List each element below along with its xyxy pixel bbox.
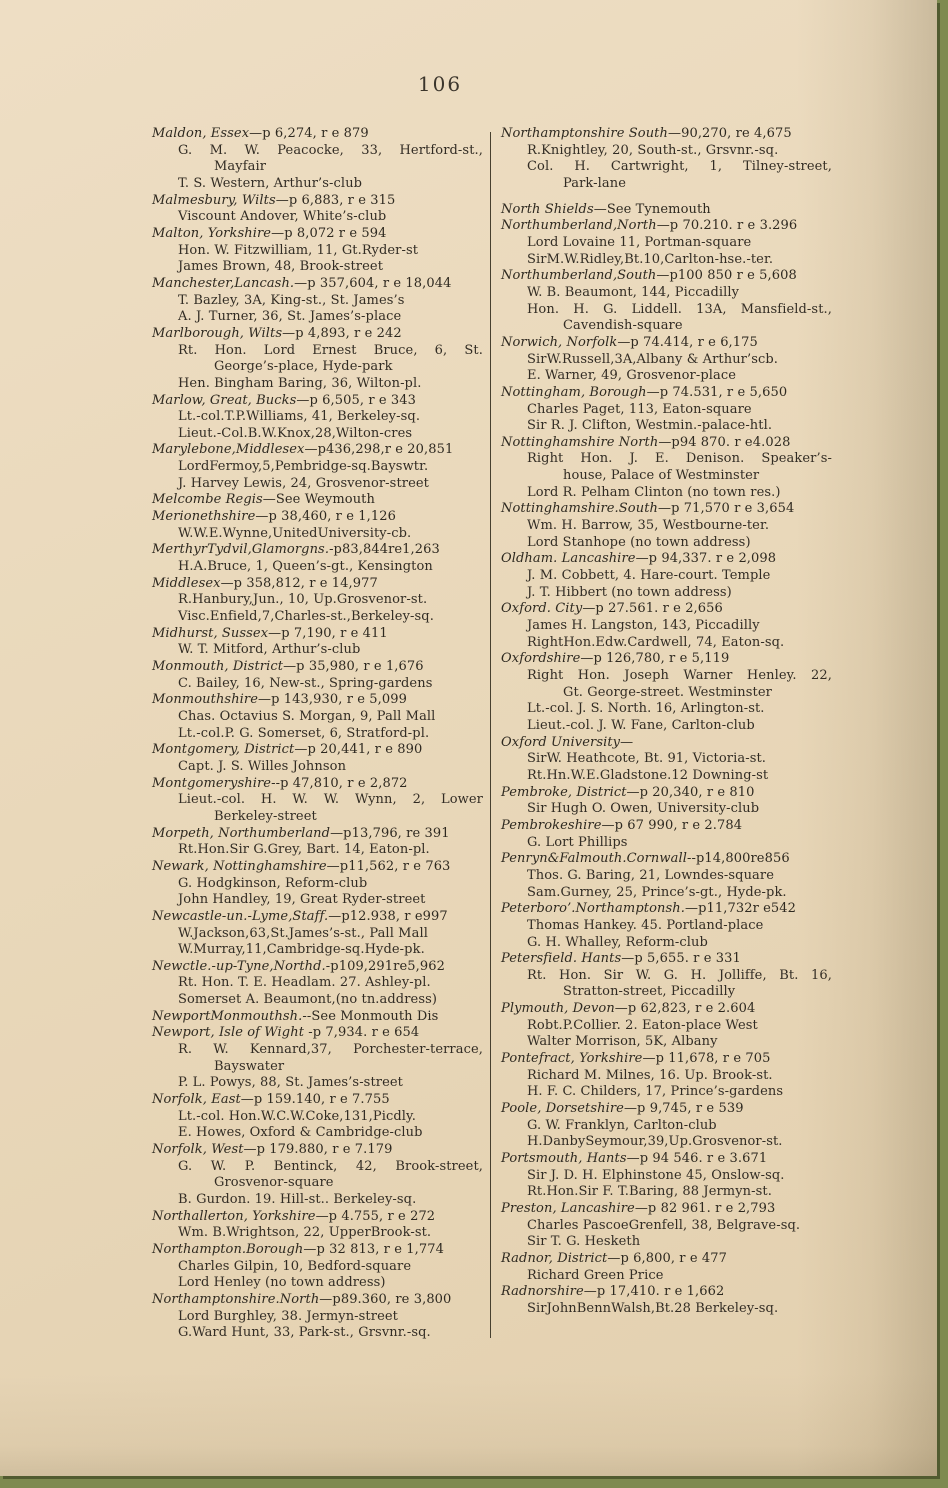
constituency-name: Monmouthshire [152, 692, 258, 707]
constituency-stats: —p 4,893, r e 242 [282, 326, 402, 341]
constituency-heading: Nottingham, Borough—p 74.531, r e 5,650 [501, 385, 832, 402]
constituency-heading: Plymouth, Devon—p 62,823, r e 2.604 [501, 1001, 832, 1018]
member-line: Park-lane [501, 176, 832, 193]
constituency-name: Pontefract, Yorkshire [501, 1051, 642, 1066]
member-line: Rt. Hon. Sir W. G. H. Jolliffe, Bt. 16, [501, 968, 832, 985]
member-line: G. M. W. Peacocke, 33, Hertford-st., [152, 143, 483, 160]
constituency-entry: Northumberland,South—p100 850 r e 5,608 … [501, 268, 832, 335]
constituency-name: Melcombe Regis [152, 492, 263, 507]
constituency-stats: --p 47,810, r e 2,872 [271, 776, 407, 791]
member-line: G. Hodgkinson, Reform-club [152, 876, 483, 893]
constituency-name: Montgomeryshire [152, 776, 271, 791]
constituency-stats: —p 38,460, r e 1,126 [255, 509, 396, 524]
constituency-heading: Northumberland,South—p100 850 r e 5,608 [501, 268, 832, 285]
constituency-stats: —p 94,337. r e 2,098 [636, 551, 777, 566]
member-line: Viscount Andover, White’s-club [152, 209, 483, 226]
constituency-name: Marlow, Great, Bucks [152, 393, 296, 408]
member-line: Berkeley-street [152, 809, 483, 826]
constituency-entry: Marlborough, Wilts—p 4,893, r e 242 Rt. … [152, 326, 483, 393]
constituency-stats: —p 159.140, r e 7.755 [241, 1092, 390, 1107]
constituency-heading: Northallerton, Yorkshire—p 4.755, r e 27… [152, 1209, 483, 1226]
directory-content: Maldon, Essex—p 6,274, r e 879 G. M. W. … [152, 126, 832, 1342]
constituency-entry: Norfolk, West—p 179.880, r e 7.179 G. W.… [152, 1142, 483, 1209]
member-line: H.DanbySeymour,39,Up.Grosvenor-st. [501, 1134, 832, 1151]
constituency-entry: Merionethshire—p 38,460, r e 1,126 W.W.E… [152, 509, 483, 542]
constituency-name: Newctle.-up-Tyne,Northd. [152, 959, 326, 974]
member-line: Rt.Hon.Sir F. T.Baring, 88 Jermyn-st. [501, 1184, 832, 1201]
member-line: Lord Burghley, 38. Jermyn-street [152, 1309, 483, 1326]
constituency-name: Oxford University [501, 735, 620, 750]
constituency-stats: -p 7,934. r e 654 [304, 1025, 419, 1040]
constituency-heading: Midhurst, Sussex—p 7,190, r e 411 [152, 626, 483, 643]
constituency-entry: Oxford University— SirW. Heathcote, Bt. … [501, 735, 832, 785]
constituency-name: Nottinghamshire North [501, 435, 658, 450]
constituency-stats: —p94 870. r e4.028 [658, 435, 790, 450]
constituency-stats: —p 17,410. r e 1,662 [584, 1284, 725, 1299]
constituency-entry: Newark, Nottinghamshire—p11,562, r e 763… [152, 859, 483, 909]
constituency-entry: Marylebone,Middlesex—p436,298,r e 20,851… [152, 442, 483, 492]
member-line: W.Murray,11,Cambridge-sq.Hyde-pk. [152, 942, 483, 959]
constituency-heading: Merionethshire—p 38,460, r e 1,126 [152, 509, 483, 526]
member-line: Lieut.-Col.B.W.Knox,28,Wilton-cres [152, 426, 483, 443]
constituency-heading: Northamptonshire.North—p89.360, re 3,800 [152, 1292, 483, 1309]
constituency-stats: —p 32 813, r e 1,774 [303, 1242, 444, 1257]
member-line: Thos. G. Baring, 21, Lowndes-square [501, 868, 832, 885]
member-line: E. Howes, Oxford & Cambridge-club [152, 1125, 483, 1142]
member-line: Lt.-col.T.P.Williams, 41, Berkeley-sq. [152, 409, 483, 426]
member-line: Gt. George-street. Westminster [501, 685, 832, 702]
constituency-entry: Nottinghamshire North—p94 870. r e4.028 … [501, 435, 832, 502]
constituency-name: NewportMonmouthsh. [152, 1009, 302, 1024]
constituency-entry: Pontefract, Yorkshire—p 11,678, r e 705 … [501, 1051, 832, 1101]
member-line: Lt.-col. J. S. North. 16, Arlington-st. [501, 701, 832, 718]
constituency-entry: Plymouth, Devon—p 62,823, r e 2.604 Robt… [501, 1001, 832, 1051]
constituency-name: Newark, Nottinghamshire [152, 859, 327, 874]
constituency-stats: —90,270, re 4,675 [668, 126, 792, 141]
constituency-name: Marylebone,Middlesex [152, 442, 304, 457]
constituency-stats: —p 82 961. r e 2,793 [635, 1201, 776, 1216]
constituency-entry: Northamptonshire.North—p89.360, re 3,800… [152, 1292, 483, 1342]
constituency-entry: Melcombe Regis—See Weymouth [152, 492, 483, 509]
member-line: Lord Lovaine 11, Portman-square [501, 235, 832, 252]
constituency-entry: Radnorshire—p 17,410. r e 1,662 SirJohnB… [501, 1284, 832, 1317]
constituency-entry: Pembrokeshire—p 67 990, r e 2.784 G. Lor… [501, 818, 832, 851]
constituency-stats: —p 6,883, r e 315 [276, 193, 396, 208]
constituency-name: Manchester,Lancash. [152, 276, 294, 291]
constituency-entry: Newport, Isle of Wight -p 7,934. r e 654… [152, 1025, 483, 1092]
member-line: Robt.P.Collier. 2. Eaton-place West [501, 1018, 832, 1035]
book-page: 106 Maldon, Essex—p 6,274, r e 879 G. M.… [0, 0, 937, 1476]
constituency-entry: Monmouth, District—p 35,980, r e 1,676 C… [152, 659, 483, 692]
member-line: G. W. P. Bentinck, 42, Brook-street, [152, 1159, 483, 1176]
constituency-name: Preston, Lancashire [501, 1201, 635, 1216]
member-line: Richard M. Milnes, 16. Up. Brook-st. [501, 1068, 832, 1085]
constituency-stats: —p12.938, r e997 [328, 909, 448, 924]
member-line: George’s-place, Hyde-park [152, 359, 483, 376]
constituency-heading: Maldon, Essex—p 6,274, r e 879 [152, 126, 483, 143]
constituency-heading: Montgomery, District—p 20,441, r e 890 [152, 742, 483, 759]
member-line: James H. Langston, 143, Piccadilly [501, 618, 832, 635]
constituency-name: Northumberland,North [501, 218, 657, 233]
constituency-heading: Oxford. City—p 27.561. r e 2,656 [501, 601, 832, 618]
constituency-stats: — [620, 735, 633, 750]
member-line: Lt.-col.P. G. Somerset, 6, Stratford-pl. [152, 726, 483, 743]
constituency-name: Norfolk, West [152, 1142, 244, 1157]
constituency-name: Radnorshire [501, 1284, 584, 1299]
constituency-heading: Norwich, Norfolk—p 74.414, r e 6,175 [501, 335, 832, 352]
member-line: Sam.Gurney, 25, Prince’s-gt., Hyde-pk. [501, 885, 832, 902]
member-line: Richard Green Price [501, 1268, 832, 1285]
constituency-stats: —p 4.755, r e 272 [316, 1209, 436, 1224]
member-line: Wm. B.Wrightson, 22, UpperBrook-st. [152, 1225, 483, 1242]
member-line: Lieut.-col. J. W. Fane, Carlton-club [501, 718, 832, 735]
member-line: E. Warner, 49, Grosvenor-place [501, 368, 832, 385]
constituency-stats: —p 74.414, r e 6,175 [617, 335, 758, 350]
constituency-stats: —p 6,505, r e 343 [296, 393, 416, 408]
constituency-name: Montgomery, District [152, 742, 294, 757]
member-line: James Brown, 48, Brook-street [152, 259, 483, 276]
constituency-entry: Monmouthshire—p 143,930, r e 5,099 Chas.… [152, 692, 483, 742]
constituency-name: Northamptonshire.North [152, 1292, 319, 1307]
constituency-heading: Marlborough, Wilts—p 4,893, r e 242 [152, 326, 483, 343]
constituency-entry: Nottingham, Borough—p 74.531, r e 5,650 … [501, 385, 832, 435]
constituency-entry: Marlow, Great, Bucks—p 6,505, r e 343 Lt… [152, 393, 483, 443]
constituency-stats: —p 11,678, r e 705 [642, 1051, 770, 1066]
constituency-name: Merionethshire [152, 509, 255, 524]
constituency-entry: Pembroke, District—p 20,340, r e 810 Sir… [501, 785, 832, 818]
constituency-entry: Middlesex—p 358,812, r e 14,977 R.Hanbur… [152, 576, 483, 626]
constituency-name: Monmouth, District [152, 659, 283, 674]
constituency-name: Marlborough, Wilts [152, 326, 282, 341]
constituency-heading: Pembrokeshire—p 67 990, r e 2.784 [501, 818, 832, 835]
constituency-heading: Nottinghamshire.South—p 71,570 r e 3,654 [501, 501, 832, 518]
constituency-entry: Preston, Lancashire—p 82 961. r e 2,793 … [501, 1201, 832, 1251]
member-line: Rt. Hon. Lord Ernest Bruce, 6, St. [152, 343, 483, 360]
constituency-heading: NewportMonmouthsh.--See Monmouth Dis [152, 1009, 483, 1026]
constituency-entry: Malmesbury, Wilts—p 6,883, r e 315 Visco… [152, 193, 483, 226]
constituency-name: Poole, Dorsetshire [501, 1101, 624, 1116]
constituency-heading: Preston, Lancashire—p 82 961. r e 2,793 [501, 1201, 832, 1218]
constituency-stats: —p89.360, re 3,800 [319, 1292, 451, 1307]
constituency-name: Oldham. Lancashire [501, 551, 636, 566]
constituency-name: Newport, Isle of Wight [152, 1025, 304, 1040]
constituency-name: Midhurst, Sussex [152, 626, 268, 641]
constituency-entry: Peterboro’.Northamptonsh.—p11,732r e542 … [501, 901, 832, 951]
member-line: Right Hon. Joseph Warner Henley. 22, [501, 668, 832, 685]
member-line: Col. H. Cartwright, 1, Tilney-street, [501, 159, 832, 176]
member-line: Charles PascoeGrenfell, 38, Belgrave-sq. [501, 1218, 832, 1235]
constituency-stats: —p 35,980, r e 1,676 [283, 659, 424, 674]
constituency-name: Peterboro’.Northamptonsh. [501, 901, 685, 916]
constituency-name: Radnor, District [501, 1251, 607, 1266]
constituency-name: Oxford. City [501, 601, 582, 616]
member-line: RightHon.Edw.Cardwell, 74, Eaton-sq. [501, 635, 832, 652]
constituency-heading: Oxfordshire—p 126,780, r e 5,119 [501, 651, 832, 668]
member-line: Capt. J. S. Willes Johnson [152, 759, 483, 776]
constituency-heading: Peterboro’.Northamptonsh.—p11,732r e542 [501, 901, 832, 918]
member-line: Hen. Bingham Baring, 36, Wilton-pl. [152, 376, 483, 393]
constituency-stats: —See Tynemouth [594, 202, 711, 217]
member-line: house, Palace of Westminster [501, 468, 832, 485]
member-line: Rt. Hon. T. E. Headlam. 27. Ashley-pl. [152, 975, 483, 992]
member-line: J. Harvey Lewis, 24, Grosvenor-street [152, 476, 483, 493]
constituency-stats: —p 126,780, r e 5,119 [580, 651, 729, 666]
constituency-heading: Monmouthshire—p 143,930, r e 5,099 [152, 692, 483, 709]
constituency-name: Newcastle-un.-Lyme,Staff. [152, 909, 328, 924]
constituency-heading: Norfolk, West—p 179.880, r e 7.179 [152, 1142, 483, 1159]
constituency-entry: Poole, Dorsetshire—p 9,745, r e 539 G. W… [501, 1101, 832, 1151]
constituency-entry: Oxford. City—p 27.561. r e 2,656 James H… [501, 601, 832, 651]
constituency-stats: —p 62,823, r e 2.604 [615, 1001, 756, 1016]
constituency-heading: Radnor, District—p 6,800, r e 477 [501, 1251, 832, 1268]
constituency-stats: —p 8,072 r e 594 [271, 226, 386, 241]
constituency-stats: —p 143,930, r e 5,099 [258, 692, 407, 707]
constituency-stats: —See Weymouth [263, 492, 375, 507]
constituency-stats: —p 357,604, r e 18,044 [294, 276, 451, 291]
member-line: SirW.Russell,3A,Albany & Arthur’scb. [501, 352, 832, 369]
member-line: Sir R. J. Clifton, Westmin.-palace-htl. [501, 418, 832, 435]
member-line: Walter Morrison, 5K, Albany [501, 1034, 832, 1051]
member-line: LordFermoy,5,Pembridge-sq.Bayswtr. [152, 459, 483, 476]
member-line: Rt.Hn.W.E.Gladstone.12 Downing-st [501, 768, 832, 785]
constituency-entry: Northampton.Borough—p 32 813, r e 1,774 … [152, 1242, 483, 1292]
constituency-heading: Melcombe Regis—See Weymouth [152, 492, 483, 509]
member-line: Hon. H. G. Liddell. 13A, Mansfield-st., [501, 302, 832, 319]
member-line: G.Ward Hunt, 33, Park-st., Grsvnr.-sq. [152, 1325, 483, 1342]
constituency-heading: Poole, Dorsetshire—p 9,745, r e 539 [501, 1101, 832, 1118]
constituency-heading: Newctle.-up-Tyne,Northd.-p109,291re5,962 [152, 959, 483, 976]
constituency-entry: Norfolk, East—p 159.140, r e 7.755 Lt.-c… [152, 1092, 483, 1142]
constituency-stats: --See Monmouth Dis [302, 1009, 438, 1024]
constituency-stats: --p14,800re856 [687, 851, 790, 866]
constituency-entry: Newctle.-up-Tyne,Northd.-p109,291re5,962… [152, 959, 483, 1009]
constituency-entry: Newcastle-un.-Lyme,Staff.—p12.938, r e99… [152, 909, 483, 959]
constituency-entry: Petersfield. Hants—p 5,655. r e 331 Rt. … [501, 951, 832, 1001]
constituency-name: Portsmouth, Hants [501, 1151, 627, 1166]
constituency-stats: —p 9,745, r e 539 [624, 1101, 744, 1116]
member-line: Right Hon. J. E. Denison. Speaker’s- [501, 451, 832, 468]
member-line: Hon. W. Fitzwilliam, 11, Gt.Ryder-st [152, 243, 483, 260]
constituency-entry: Oxfordshire—p 126,780, r e 5,119 Right H… [501, 651, 832, 734]
constituency-stats: —p13,796, re 391 [330, 826, 450, 841]
constituency-stats: —p 74.531, r e 5,650 [647, 385, 788, 400]
constituency-stats: —p 358,812, r e 14,977 [221, 576, 378, 591]
constituency-heading: Monmouth, District—p 35,980, r e 1,676 [152, 659, 483, 676]
constituency-name: Maldon, Essex [152, 126, 249, 141]
constituency-entry: Northamptonshire South—90,270, re 4,675 … [501, 126, 832, 193]
constituency-stats: —p100 850 r e 5,608 [656, 268, 797, 283]
constituency-name: Morpeth, Northumberland [152, 826, 330, 841]
constituency-name: Petersfield. Hants [501, 951, 621, 966]
constituency-heading: Middlesex—p 358,812, r e 14,977 [152, 576, 483, 593]
constituency-heading: Radnorshire—p 17,410. r e 1,662 [501, 1284, 832, 1301]
constituency-entry: Manchester,Lancash.—p 357,604, r e 18,04… [152, 276, 483, 326]
constituency-stats: —p11,562, r e 763 [327, 859, 451, 874]
member-line: Bayswater [152, 1059, 483, 1076]
member-line: B. Gurdon. 19. Hill-st.. Berkeley-sq. [152, 1192, 483, 1209]
constituency-heading: Petersfield. Hants—p 5,655. r e 331 [501, 951, 832, 968]
constituency-entry: North Shields—See Tynemouth [501, 202, 832, 219]
constituency-heading: Portsmouth, Hants—p 94 546. r e 3.671 [501, 1151, 832, 1168]
constituency-heading: Pembroke, District—p 20,340, r e 810 [501, 785, 832, 802]
constituency-heading: Northamptonshire South—90,270, re 4,675 [501, 126, 832, 143]
member-line: C. Bailey, 16, New-st., Spring-gardens [152, 676, 483, 693]
constituency-name: Middlesex [152, 576, 221, 591]
constituency-heading: Morpeth, Northumberland—p13,796, re 391 [152, 826, 483, 843]
constituency-stats: —p 27.561. r e 2,656 [582, 601, 723, 616]
member-line: G. W. Franklyn, Carlton-club [501, 1118, 832, 1135]
constituency-heading: Northumberland,North—p 70.210. r e 3.296 [501, 218, 832, 235]
column-divider [490, 132, 491, 1338]
constituency-name: Penryn&Falmouth.Cornwall [501, 851, 687, 866]
member-line: W. T. Mitford, Arthur’s-club [152, 642, 483, 659]
constituency-stats: -p83,844re1,263 [329, 542, 440, 557]
member-line: G. Lort Phillips [501, 835, 832, 852]
constituency-stats: —p 20,441, r e 890 [294, 742, 422, 757]
member-line: Sir Hugh O. Owen, University-club [501, 801, 832, 818]
member-line: R.Hanbury,Jun., 10, Up.Grosvenor-st. [152, 592, 483, 609]
constituency-heading: Marylebone,Middlesex—p436,298,r e 20,851 [152, 442, 483, 459]
constituency-entry: Radnor, District—p 6,800, r e 477 Richar… [501, 1251, 832, 1284]
constituency-stats: —p 179.880, r e 7.179 [244, 1142, 393, 1157]
member-line: Cavendish-square [501, 318, 832, 335]
constituency-name: Nottinghamshire.South [501, 501, 658, 516]
member-line: P. L. Powys, 88, St. James’s-street [152, 1075, 483, 1092]
member-line: Wm. H. Barrow, 35, Westbourne-ter. [501, 518, 832, 535]
member-line: Lieut.-col. H. W. W. Wynn, 2, Lower [152, 792, 483, 809]
constituency-stats: -p109,291re5,962 [326, 959, 445, 974]
member-line: H.A.Bruce, 1, Queen’s-gt., Kensington [152, 559, 483, 576]
member-line: W.Jackson,63,St.James’s-st., Pall Mall [152, 926, 483, 943]
constituency-entry: Malton, Yorkshire—p 8,072 r e 594 Hon. W… [152, 226, 483, 276]
constituency-heading: Newark, Nottinghamshire—p11,562, r e 763 [152, 859, 483, 876]
column-left: Maldon, Essex—p 6,274, r e 879 G. M. W. … [152, 126, 483, 1342]
constituency-entry: Morpeth, Northumberland—p13,796, re 391 … [152, 826, 483, 859]
member-line: SirM.W.Ridley,Bt.10,Carlton-hse.-ter. [501, 252, 832, 269]
member-line: Rt.Hon.Sir G.Grey, Bart. 14, Eaton-pl. [152, 842, 483, 859]
constituency-name: Northallerton, Yorkshire [152, 1209, 316, 1224]
constituency-name: Malton, Yorkshire [152, 226, 271, 241]
constituency-entry: Penryn&Falmouth.Cornwall--p14,800re856 T… [501, 851, 832, 901]
member-line: R.Knightley, 20, South-st., Grsvnr.-sq. [501, 143, 832, 160]
constituency-stats: —p 7,190, r e 411 [268, 626, 388, 641]
constituency-heading: Montgomeryshire--p 47,810, r e 2,872 [152, 776, 483, 793]
constituency-heading: Manchester,Lancash.—p 357,604, r e 18,04… [152, 276, 483, 293]
member-line: Charles Gilpin, 10, Bedford-square [152, 1259, 483, 1276]
member-line: Sir J. D. H. Elphinstone 45, Onslow-sq. [501, 1168, 832, 1185]
constituency-heading: Nottinghamshire North—p94 870. r e4.028 [501, 435, 832, 452]
member-line: Grosvenor-square [152, 1175, 483, 1192]
constituency-name: MerthyrTydvil,Glamorgns. [152, 542, 329, 557]
constituency-entry: Northumberland,North—p 70.210. r e 3.296… [501, 218, 832, 268]
constituency-stats: —p 71,570 r e 3,654 [658, 501, 794, 516]
constituency-heading: MerthyrTydvil,Glamorgns.-p83,844re1,263 [152, 542, 483, 559]
constituency-entry: Midhurst, Sussex—p 7,190, r e 411 W. T. … [152, 626, 483, 659]
constituency-entry: Oldham. Lancashire—p 94,337. r e 2,098 J… [501, 551, 832, 601]
column-right: Northamptonshire South—90,270, re 4,675 … [501, 126, 832, 1342]
constituency-stats: —p 67 990, r e 2.784 [602, 818, 743, 833]
member-line: Lord Stanhope (no town address) [501, 535, 832, 552]
member-line: Lord Henley (no town address) [152, 1275, 483, 1292]
constituency-name: Northampton.Borough [152, 1242, 303, 1257]
constituency-entry: Norwich, Norfolk—p 74.414, r e 6,175 Sir… [501, 335, 832, 385]
constituency-entry: Montgomeryshire--p 47,810, r e 2,872 Lie… [152, 776, 483, 826]
member-line: R. W. Kennard,37, Porchester-terrace, [152, 1042, 483, 1059]
member-line: Charles Paget, 113, Eaton-square [501, 402, 832, 419]
constituency-name: Malmesbury, Wilts [152, 193, 276, 208]
constituency-stats: —p436,298,r e 20,851 [304, 442, 453, 457]
constituency-stats: —p 6,274, r e 879 [249, 126, 369, 141]
constituency-name: Northumberland,South [501, 268, 656, 283]
constituency-heading: Malton, Yorkshire—p 8,072 r e 594 [152, 226, 483, 243]
constituency-entry: Montgomery, District—p 20,441, r e 890 C… [152, 742, 483, 775]
member-line: Somerset A. Beaumont,(no tn.address) [152, 992, 483, 1009]
constituency-stats: —p11,732r e542 [685, 901, 796, 916]
constituency-stats: —p 5,655. r e 331 [621, 951, 741, 966]
member-line: G. H. Whalley, Reform-club [501, 935, 832, 952]
member-line: Visc.Enfield,7,Charles-st.,Berkeley-sq. [152, 609, 483, 626]
constituency-name: Norwich, Norfolk [501, 335, 617, 350]
constituency-stats: —p 70.210. r e 3.296 [657, 218, 798, 233]
member-line: SirJohnBennWalsh,Bt.28 Berkeley-sq. [501, 1301, 832, 1318]
constituency-heading: Newport, Isle of Wight -p 7,934. r e 654 [152, 1025, 483, 1042]
constituency-heading: Penryn&Falmouth.Cornwall--p14,800re856 [501, 851, 832, 868]
page-number: 106 [0, 72, 880, 96]
constituency-stats: —p 20,340, r e 810 [627, 785, 755, 800]
member-line: Lt.-col. Hon.W.C.W.Coke,131,Picdly. [152, 1109, 483, 1126]
member-line: Lord R. Pelham Clinton (no town res.) [501, 485, 832, 502]
member-line: W.W.E.Wynne,UnitedUniversity-cb. [152, 526, 483, 543]
member-line: Chas. Octavius S. Morgan, 9, Pall Mall [152, 709, 483, 726]
constituency-heading: Marlow, Great, Bucks—p 6,505, r e 343 [152, 393, 483, 410]
member-line: A. J. Turner, 36, St. James’s-place [152, 309, 483, 326]
member-line: Stratton-street, Piccadilly [501, 984, 832, 1001]
member-line: J. T. Hibbert (no town address) [501, 585, 832, 602]
constituency-entry: Maldon, Essex—p 6,274, r e 879 G. M. W. … [152, 126, 483, 193]
constituency-heading: Oxford University— [501, 735, 832, 752]
member-line: W. B. Beaumont, 144, Piccadilly [501, 285, 832, 302]
constituency-heading: Newcastle-un.-Lyme,Staff.—p12.938, r e99… [152, 909, 483, 926]
member-line: Mayfair [152, 159, 483, 176]
constituency-entry: NewportMonmouthsh.--See Monmouth Dis [152, 1009, 483, 1026]
member-line: Sir T. G. Hesketh [501, 1234, 832, 1251]
constituency-name: North Shields [501, 202, 594, 217]
member-line: J. M. Cobbett, 4. Hare-court. Temple [501, 568, 832, 585]
constituency-entry: Portsmouth, Hants—p 94 546. r e 3.671 Si… [501, 1151, 832, 1201]
constituency-name: Northamptonshire South [501, 126, 668, 141]
member-line: SirW. Heathcote, Bt. 91, Victoria-st. [501, 751, 832, 768]
constituency-stats: —p 94 546. r e 3.671 [627, 1151, 768, 1166]
constituency-stats: —p 6,800, r e 477 [607, 1251, 727, 1266]
constituency-name: Norfolk, East [152, 1092, 241, 1107]
constituency-name: Plymouth, Devon [501, 1001, 615, 1016]
constituency-entry: Northallerton, Yorkshire—p 4.755, r e 27… [152, 1209, 483, 1242]
member-line: John Handley, 19, Great Ryder-street [152, 892, 483, 909]
constituency-entry: MerthyrTydvil,Glamorgns.-p83,844re1,263 … [152, 542, 483, 575]
constituency-heading: Pontefract, Yorkshire—p 11,678, r e 705 [501, 1051, 832, 1068]
constituency-name: Oxfordshire [501, 651, 580, 666]
member-line: H. F. C. Childers, 17, Prince’s-gardens [501, 1084, 832, 1101]
member-line: Thomas Hankey. 45. Portland-place [501, 918, 832, 935]
constituency-heading: Northampton.Borough—p 32 813, r e 1,774 [152, 1242, 483, 1259]
member-line: T. Bazley, 3A, King-st., St. James’s [152, 293, 483, 310]
constituency-entry: Nottinghamshire.South—p 71,570 r e 3,654… [501, 501, 832, 551]
constituency-heading: Norfolk, East—p 159.140, r e 7.755 [152, 1092, 483, 1109]
constituency-name: Pembrokeshire [501, 818, 602, 833]
constituency-heading: North Shields—See Tynemouth [501, 202, 832, 219]
constituency-name: Pembroke, District [501, 785, 627, 800]
constituency-name: Nottingham, Borough [501, 385, 647, 400]
